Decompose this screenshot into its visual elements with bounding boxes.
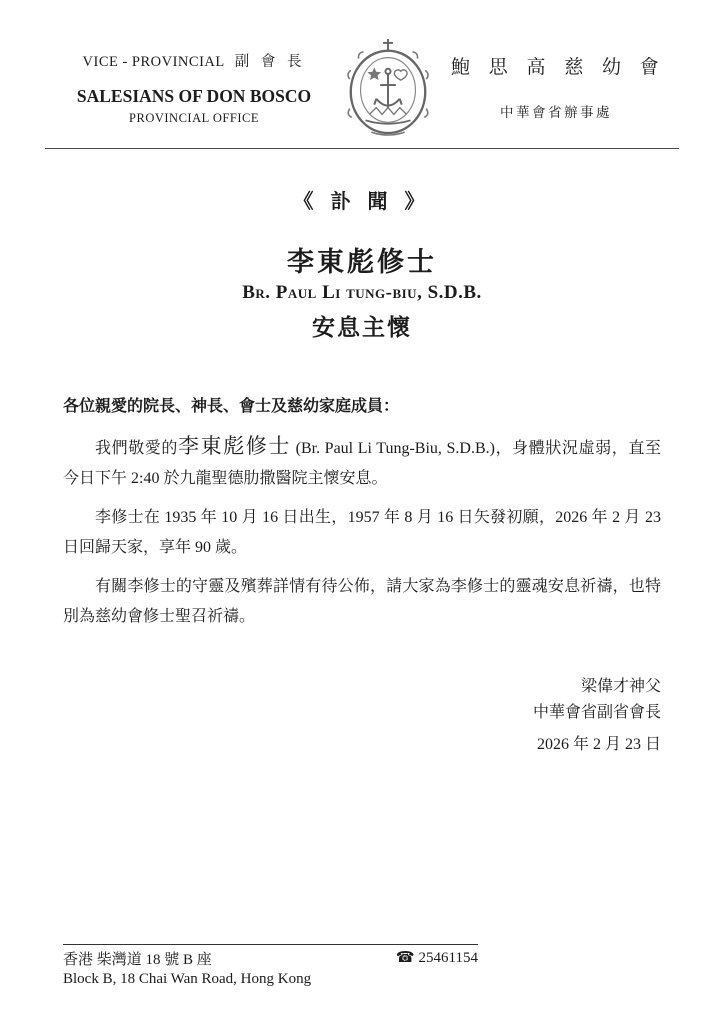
signatory-name: 梁偉才神父 — [63, 674, 661, 700]
notice-title: 《 訃 聞 》 — [63, 185, 661, 214]
salesian-emblem-icon — [342, 38, 434, 136]
vice-provincial-en: VICE - PROVINCIAL — [83, 54, 225, 70]
para1-prefix: 我們敬愛的 — [95, 440, 178, 457]
vice-provincial-line: VICE - PROVINCIAL副 會 長 — [63, 50, 325, 71]
notice-date: 2026 年 2 月 23 日 — [63, 732, 661, 758]
obituary-notice-page: VICE - PROVINCIAL副 會 長 SALESIANS OF DON … — [0, 0, 724, 1024]
provincial-office-label: PROVINCIAL OFFICE — [63, 111, 325, 126]
paragraph-death-announcement: 我們敬愛的李東彪修士 (Br. Paul Li Tung-Biu, S.D.B.… — [63, 431, 661, 494]
paragraph-life-dates: 李修士在 1935 年 10 月 16 日出生，1957 年 8 月 16 日矢… — [63, 503, 661, 563]
paragraph-funeral-info: 有關李修士的守靈及殯葬詳情有待公佈，請大家為李修士的靈魂安息祈禱，也特別為慈幼會… — [63, 572, 661, 632]
deceased-name-en: Br. Paul Li tung-biu, S.D.B. — [63, 282, 661, 304]
notice-body: 各位親愛的院長、神長、會士及慈幼家庭成員： 我們敬愛的李東彪修士 (Br. Pa… — [63, 392, 661, 632]
signature-block: 梁偉才神父 中華會省副省會長 2026 年 2 月 23 日 — [63, 674, 661, 758]
rest-in-peace-heading: 安息主懷 — [63, 309, 661, 342]
deceased-name-zh: 李東彪修士 — [63, 240, 661, 279]
salutation: 各位親愛的院長、神長、會士及慈幼家庭成員： — [63, 392, 661, 422]
phone: ☎25461154 — [396, 948, 478, 969]
signatory-title: 中華會省副省會長 — [63, 700, 661, 726]
footer-address-row: 香港 柴灣道 18 號 B 座 ☎25461154 — [63, 944, 478, 969]
phone-number: 25461154 — [419, 950, 478, 966]
letterhead-left: VICE - PROVINCIAL副 會 長 SALESIANS OF DON … — [63, 44, 325, 126]
letterhead-divider — [45, 148, 679, 149]
letterhead-right: 鮑 思 高 慈 幼 會 中華會省辦事處 — [451, 44, 661, 121]
letterhead: VICE - PROVINCIAL副 會 長 SALESIANS OF DON … — [63, 44, 661, 136]
telephone-icon: ☎ — [396, 948, 415, 966]
para1-deceased-name: 李東彪修士 — [178, 434, 291, 458]
congregation-name-zh: 鮑 思 高 慈 幼 會 — [451, 52, 661, 79]
province-office-zh: 中華會省辦事處 — [451, 101, 661, 121]
vice-provincial-zh: 副 會 長 — [235, 54, 306, 70]
footer: 香港 柴灣道 18 號 B 座 ☎25461154 Block B, 18 Ch… — [63, 944, 661, 988]
address-zh: 香港 柴灣道 18 號 B 座 — [63, 948, 212, 969]
salesians-title: SALESIANS OF DON BOSCO — [63, 86, 325, 107]
address-en: Block B, 18 Chai Wan Road, Hong Kong — [63, 971, 661, 988]
